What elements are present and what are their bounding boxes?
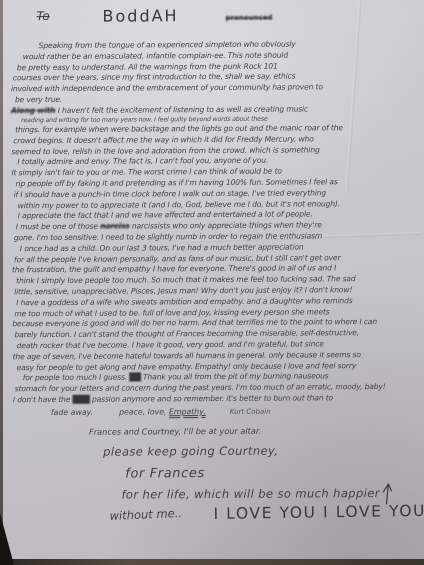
- signature: Kurt Cobain: [230, 407, 271, 415]
- scribbled-word: pronounced: [225, 14, 272, 22]
- letter-line: I don't have the ███ passion anymore and…: [13, 393, 419, 406]
- postscript-line: please keep going Courtney,: [103, 443, 419, 459]
- letter-header: To BoddAH pronounced: [10, 3, 416, 41]
- without-me-text: without me..: [109, 506, 182, 523]
- pen-doodle-icon: [379, 480, 393, 506]
- photo-corner-shadow: [0, 513, 14, 565]
- letter-content: To BoddAH pronounced Speaking from the t…: [10, 3, 419, 523]
- postscript-block: Frances and Courtney, I'll be at your al…: [13, 425, 419, 502]
- fade-away-text: fade away.: [51, 408, 93, 417]
- signature-row: fade away.peace, love, Empathy.Kurt Coba…: [51, 406, 419, 417]
- signoff-text: peace, love, Empathy.: [119, 407, 206, 417]
- salutation-to: To: [36, 9, 49, 23]
- closing-row: without me.. I LOVE YOU I LOVE YOU!: [109, 502, 419, 523]
- postscript-line: Frances and Courtney, I'll be at your al…: [89, 425, 419, 437]
- photo-left-edge: [0, 0, 3, 565]
- handwritten-letter-photo: To BoddAH pronounced Speaking from the t…: [0, 0, 424, 565]
- photo-bottom-edge: [0, 559, 424, 565]
- postscript-line: for Frances: [125, 465, 419, 482]
- signoff-empathy: Empathy.: [169, 407, 206, 416]
- recipient-name: BoddAH: [102, 6, 178, 25]
- letter-body: Speaking from the tongue of an experienc…: [11, 39, 419, 406]
- signoff-peace-love: peace, love,: [119, 407, 169, 416]
- postscript-line: for her life, which will be so much happ…: [121, 486, 419, 502]
